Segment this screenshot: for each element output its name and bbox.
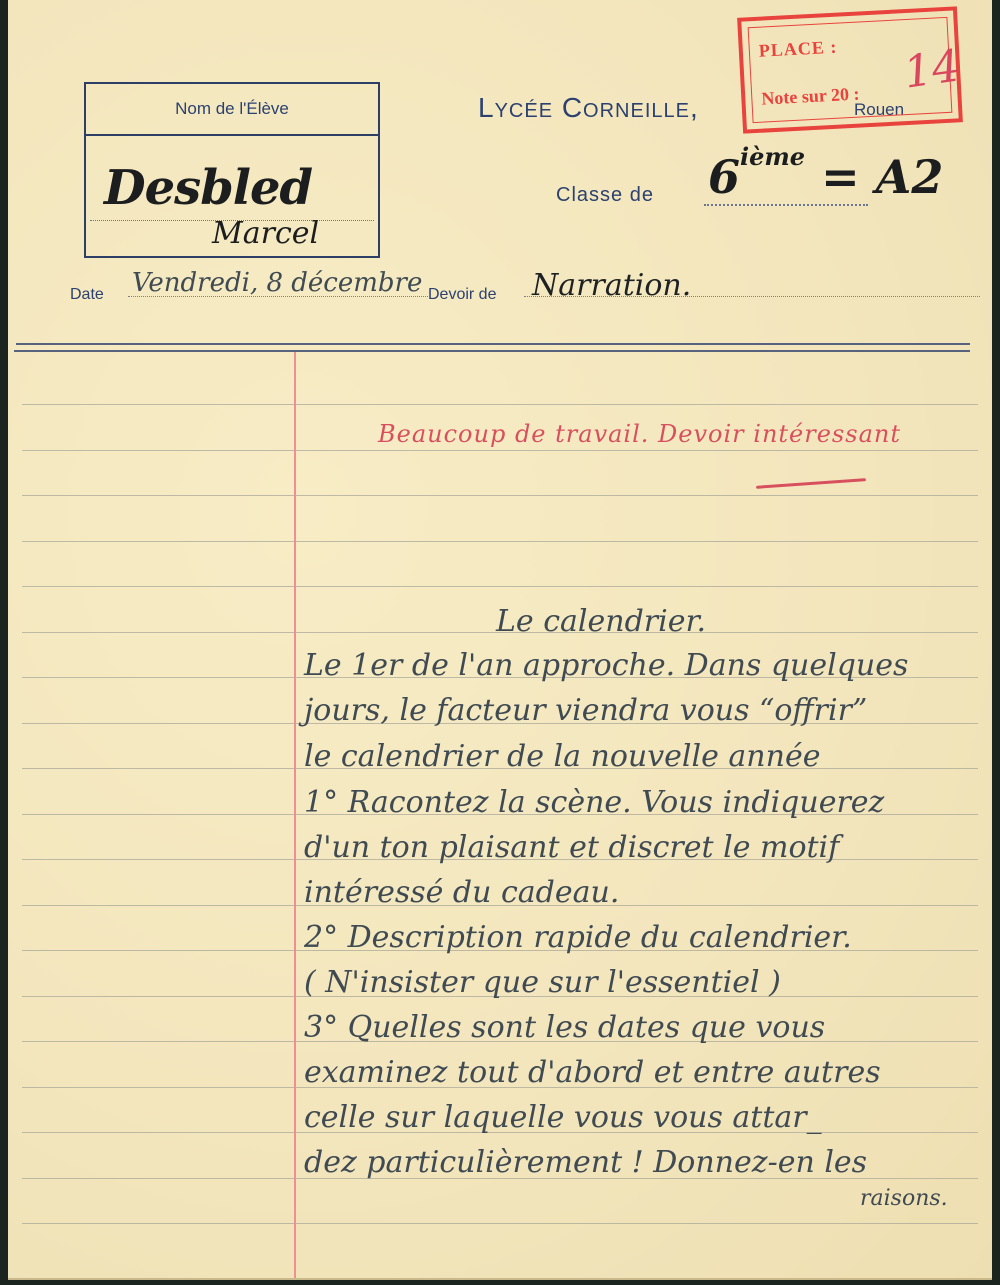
assignment-type: Narration. [532, 268, 691, 303]
class-dotted-line [704, 204, 868, 206]
ruled-line [22, 450, 978, 451]
header-rule-top [16, 343, 970, 345]
class-number: 6 [708, 150, 740, 204]
class-suffix: = A2 [821, 150, 943, 204]
school-name: Lycée Corneille, [478, 92, 699, 124]
ruled-line [22, 541, 978, 542]
place-label: PLACE : [758, 37, 837, 62]
assignment-line: examinez tout d'abord et entre autres [304, 1055, 881, 1090]
assignment-line: ( N'insister que sur l'essentiel ) [304, 965, 781, 1000]
grade-value: 14 [901, 40, 964, 98]
assignment-line: 2° Description rapide du calendrier. [304, 920, 852, 955]
date-label: Date [70, 286, 104, 304]
class-value: 6ième = A2 [708, 150, 943, 204]
assignment-line: 1° Racontez la scène. Vous indiquerez [304, 785, 884, 820]
class-label: Classe de [556, 184, 654, 207]
ruled-line [22, 404, 978, 405]
assignment-title: Le calendrier. [496, 604, 706, 639]
assignment-line: 3° Quelles sont les dates que vous [304, 1010, 825, 1045]
assignment-line: raisons. [860, 1186, 948, 1211]
ruled-line [22, 495, 978, 496]
assignment-line: Le 1er de l'an approche. Dans quelques [304, 648, 908, 683]
teacher-comment: Beaucoup de travail. Devoir intéressant [378, 420, 901, 448]
assignment-line: celle sur laquelle vous vous attar_ [304, 1100, 822, 1135]
assignment-line: dez particulièrement ! Donnez-en les [304, 1145, 867, 1180]
header-rule-bottom [14, 350, 970, 352]
homework-sheet: Nom de l'Élève Desbled Marcel Lycée Corn… [8, 0, 992, 1280]
assignment-line: le calendrier de la nouvelle année [304, 739, 820, 774]
class-superscript: ième [740, 142, 805, 171]
assignment-label: Devoir de [428, 286, 496, 304]
red-margin-line [294, 352, 296, 1278]
assignment-line: intéressé du cadeau. [304, 875, 619, 910]
assignment-line: d'un ton plaisant et discret le motif [304, 830, 839, 865]
ruled-line [22, 1223, 978, 1224]
comment-underline [756, 478, 866, 489]
student-surname: Desbled [104, 160, 312, 216]
assignment-line: jours, le facteur viendra vous “offrir” [304, 693, 867, 728]
school-name-text: Lycée Corneille, [478, 92, 699, 123]
ruled-line [22, 586, 978, 587]
name-box-label: Nom de l'Élève [86, 84, 378, 136]
date-value: Vendredi, 8 décembre [132, 268, 422, 298]
student-firstname: Marcel [212, 216, 319, 251]
student-name-box: Nom de l'Élève Desbled Marcel [84, 82, 380, 258]
